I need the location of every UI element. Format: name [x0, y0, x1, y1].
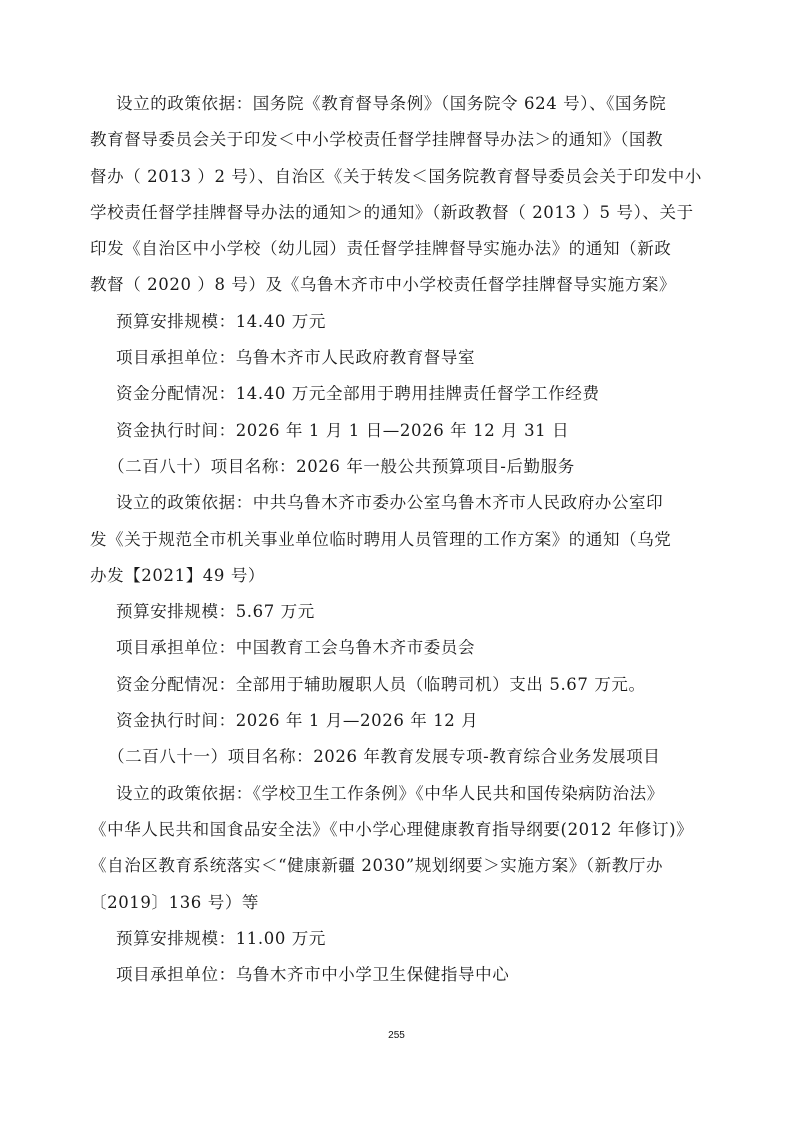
- text-line: 学校责任督学挂牌督导办法的通知＞的通知》（新政教督（ 2013 ）5 号）、关于: [90, 195, 708, 231]
- budget-scale-line: 预算安排规模：11.00 万元: [90, 921, 708, 957]
- text-line: 〔2019〕136 号）等: [90, 885, 708, 921]
- project-heading-280: （二百八十）项目名称：2026 年一般公共预算项目-后勤服务: [90, 449, 708, 485]
- document-body: 设立的政策依据：国务院《教育督导条例》（国务院令 624 号）、《国务院 教育督…: [90, 86, 708, 993]
- responsible-unit-line: 项目承担单位：乌鲁木齐市中小学卫生保健指导中心: [90, 957, 708, 993]
- execution-time-line: 资金执行时间：2026 年 1 月—2026 年 12 月: [90, 703, 708, 739]
- budget-scale-line: 预算安排规模：5.67 万元: [90, 594, 708, 630]
- policy-basis-line: 设立的政策依据：《学校卫生工作条例》《中华人民共和国传染病防治法》: [90, 776, 708, 812]
- text-line: 发《关于规范全市机关事业单位临时聘用人员管理的工作方案》的通知（乌党: [90, 522, 708, 558]
- fund-allocation-line: 资金分配情况：全部用于辅助履职人员（临聘司机）支出 5.67 万元。: [90, 667, 708, 703]
- policy-basis-line: 设立的政策依据：国务院《教育督导条例》（国务院令 624 号）、《国务院: [90, 86, 708, 122]
- text-line: 教督（ 2020 ）8 号）及《乌鲁木齐市中小学校责任督学挂牌督导实施方案》: [90, 267, 708, 303]
- text-line: 《自治区教育系统落实＜“健康新疆 2030”规划纲要＞实施方案》（新教厅办: [90, 848, 708, 884]
- responsible-unit-line: 项目承担单位：中国教育工会乌鲁木齐市委员会: [90, 630, 708, 666]
- document-page: 设立的政策依据：国务院《教育督导条例》（国务院令 624 号）、《国务院 教育督…: [0, 0, 793, 1122]
- project-heading-281: （二百八十一）项目名称：2026 年教育发展专项-教育综合业务发展项目: [90, 739, 708, 775]
- policy-basis-line: 设立的政策依据：中共乌鲁木齐市委办公室乌鲁木齐市人民政府办公室印: [90, 485, 708, 521]
- text-line: 办发【2021】49 号）: [90, 558, 708, 594]
- budget-scale-line: 预算安排规模：14.40 万元: [90, 304, 708, 340]
- text-line: 教育督导委员会关于印发＜中小学校责任督学挂牌督导办法＞的通知》（国教: [90, 122, 708, 158]
- text-line: 印发《自治区中小学校（幼儿园）责任督学挂牌督导实施办法》的通知（新政: [90, 231, 708, 267]
- text-line: 《中华人民共和国食品安全法》《中小学心理健康教育指导纲要(2012 年修订)》: [90, 812, 708, 848]
- text-line: 督办（ 2013 ）2 号）、自治区《关于转发＜国务院教育督导委员会关于印发中小: [90, 159, 708, 195]
- responsible-unit-line: 项目承担单位：乌鲁木齐市人民政府教育督导室: [90, 340, 708, 376]
- fund-allocation-line: 资金分配情况：14.40 万元全部用于聘用挂牌责任督学工作经费: [90, 376, 708, 412]
- page-number: 255: [0, 1030, 793, 1041]
- execution-time-line: 资金执行时间：2026 年 1 月 1 日—2026 年 12 月 31 日: [90, 413, 708, 449]
